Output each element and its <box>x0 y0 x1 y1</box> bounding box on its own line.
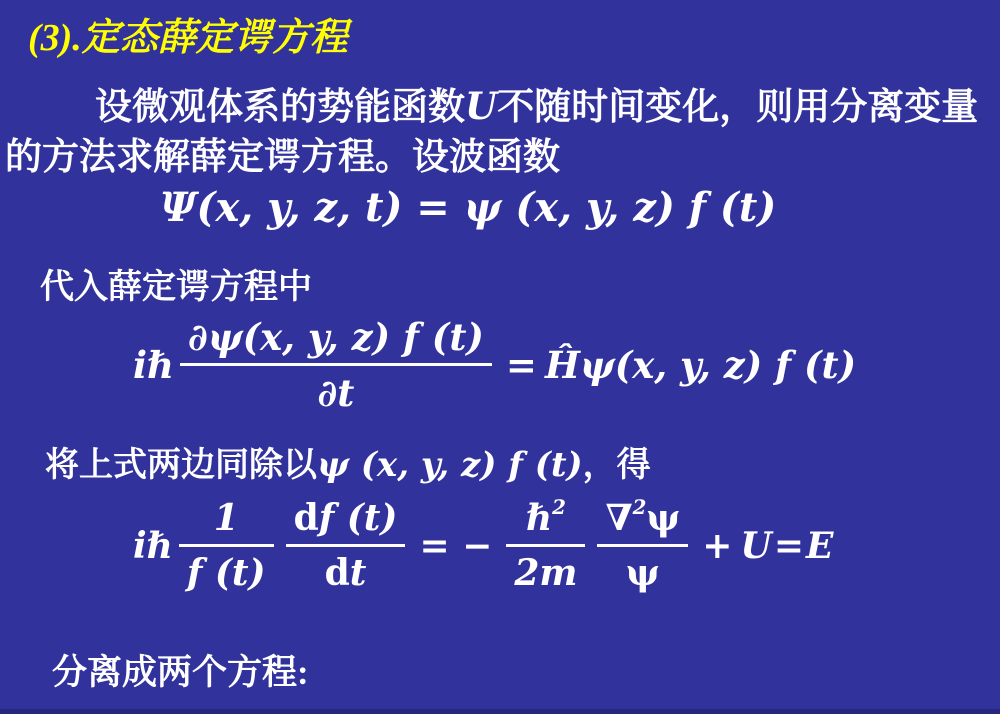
psi-symbol: ψ <box>646 497 680 539</box>
fraction-numerator: 1 <box>206 500 247 544</box>
equals-minus-sign: = − <box>419 525 492 567</box>
fraction-df-dt: df (t) dt <box>286 500 406 593</box>
hamiltonian-rhs: Ĥψ(x, y, z) f (t) <box>545 343 856 387</box>
fraction-numerator: ℏ2 <box>518 500 574 544</box>
f-of-t: f (t) <box>319 497 398 539</box>
slide-bottom-edge <box>0 709 1000 714</box>
fraction-numerator: ∂ψ(x, y, z) f (t) <box>180 318 492 363</box>
cue-substitute: 代入薛定谔方程中 <box>40 259 312 308</box>
cue-divide-post: ，得 <box>583 447 651 484</box>
fraction-hbar2-over-2m: ℏ2 2m <box>506 500 585 593</box>
fraction-denominator: 2m <box>506 544 585 593</box>
equation-separated: iℏ 1 f (t) df (t) dt = − ℏ2 2m ∇2ψ ψ + U… <box>133 500 833 593</box>
ihbar-factor: iℏ <box>133 343 174 387</box>
equals-sign: = <box>774 525 804 567</box>
fraction-laplacian-psi-over-psi: ∇2ψ ψ <box>597 500 688 593</box>
var-U: U <box>465 84 497 128</box>
fraction-denominator: ψ <box>597 544 688 593</box>
nabla-symbol: ∇ <box>605 497 632 539</box>
fraction-numerator: df (t) <box>286 500 406 544</box>
cue-divide-math: ψ (x, y, z) f (t) <box>317 445 583 485</box>
fraction-denominator: f (t) <box>179 544 274 593</box>
differential-d: d <box>294 497 319 539</box>
body-line-2: 的方法求解薛定谔方程。设波函数 <box>5 126 560 180</box>
fraction-denominator: dt <box>286 544 406 593</box>
ihbar-factor: iℏ <box>133 525 173 567</box>
cue-divide: 将上式两边同除以ψ (x, y, z) f (t)，得 <box>45 437 651 486</box>
equation-wavefunction-separation: Ψ(x, y, z, t) = ψ (x, y, z) f (t) <box>160 184 776 231</box>
body-line1-post: 不随时间变化，则用分离变量 <box>497 87 978 128</box>
fraction-denominator: ∂t <box>180 363 492 413</box>
exponent-2: 2 <box>552 495 566 519</box>
equation-schrodinger-substituted: iℏ ∂ψ(x, y, z) f (t) ∂t = Ĥψ(x, y, z) f … <box>133 318 856 413</box>
plus-sign: + <box>702 525 732 567</box>
hbar-symbol: ℏ <box>526 497 552 539</box>
cue-two-equations: 分离成两个方程: <box>52 645 309 695</box>
exponent-2: 2 <box>633 495 647 519</box>
slide: (3).定态薛定谔方程 设微观体系的势能函数U不随时间变化，则用分离变量 的方法… <box>0 0 1000 714</box>
differential-d: d <box>325 552 350 594</box>
equals-sign: = <box>506 343 537 387</box>
body-line-1: 设微观体系的势能函数U不随时间变化，则用分离变量 <box>95 76 978 130</box>
fraction-dpsif-dt: ∂ψ(x, y, z) f (t) ∂t <box>180 318 492 413</box>
var-t: t <box>350 552 367 594</box>
body-line1-pre: 设微观体系的势能函数 <box>95 87 465 128</box>
var-E: E <box>806 525 833 567</box>
fraction-one-over-f: 1 f (t) <box>179 500 274 593</box>
var-U: U <box>740 525 771 567</box>
cue-divide-pre: 将上式两边同除以 <box>45 447 317 484</box>
slide-title: (3).定态薛定谔方程 <box>28 6 348 61</box>
fraction-numerator: ∇2ψ <box>597 500 688 544</box>
